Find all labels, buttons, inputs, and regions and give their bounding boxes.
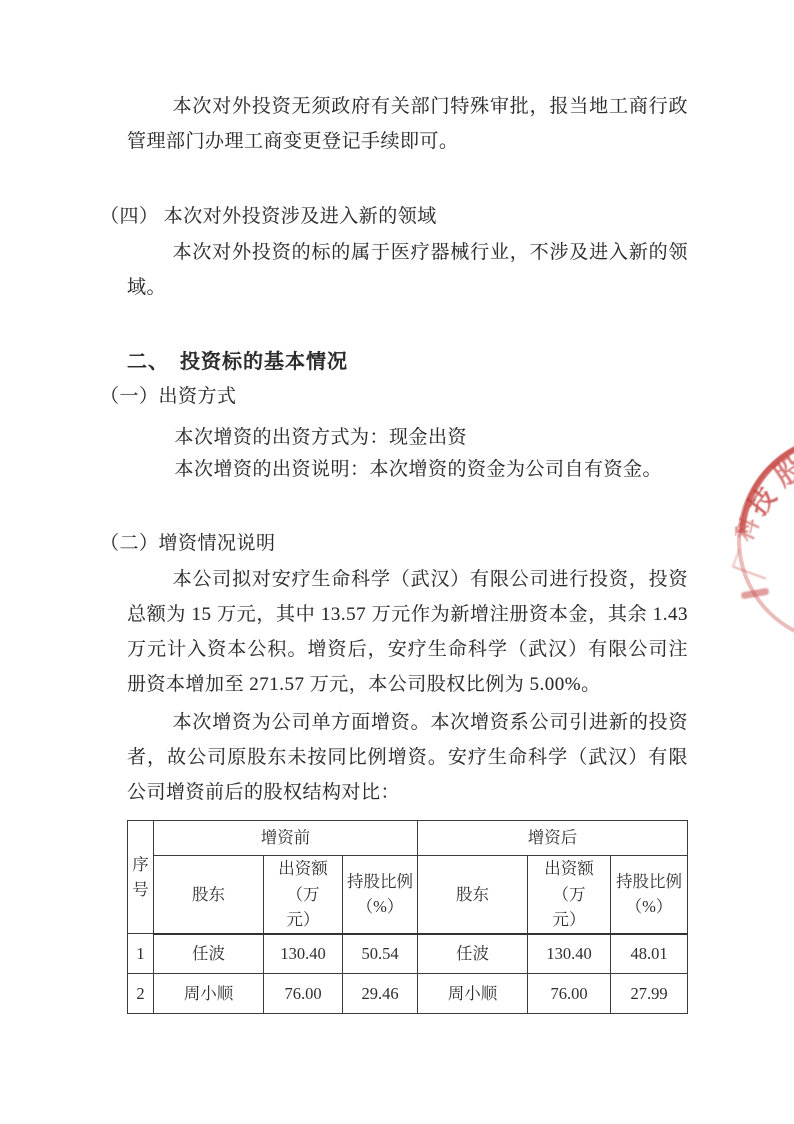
paragraph-section-four: 本次对外投资的标的属于医疗器械行业，不涉及进入新的领域。: [127, 235, 688, 305]
paragraph-approval: 本次对外投资无须政府有关部门特殊审批，报当地工商行政管理部门办理工商变更登记手续…: [127, 89, 688, 159]
table-cell-amount: 76.00: [528, 974, 611, 1014]
table-cell-ratio: 50.54: [343, 934, 418, 974]
table-header-ratio-before: 持股比例 （%）: [343, 856, 418, 934]
paragraph-comparison: 本次增资为公司单方面增资。本次增资系公司引进新的投资者，故公司原股东未按同比例增…: [127, 705, 688, 810]
seal-ring-arc-icon: [696, 391, 794, 685]
document-page: 本次对外投资无须政府有关部门特殊审批，报当地工商行政管理部门办理工商变更登记手续…: [0, 0, 794, 1124]
table-cell-ratio: 27.99: [611, 974, 688, 1014]
heading-sub-one: （一）出资方式: [100, 379, 688, 414]
table-header-serial: 序 号: [128, 821, 154, 934]
table-cell-shareholder: 任波: [154, 934, 264, 974]
table-cell-shareholder: 周小顺: [418, 974, 528, 1014]
table-cell-shareholder: 任波: [418, 934, 528, 974]
table-cell-amount: 76.00: [264, 974, 343, 1014]
table-column-header-row: 股东 出资额（万 元） 持股比例 （%） 股东 出资额（万 元） 持股比例 （%…: [128, 856, 688, 934]
table-cell-shareholder: 周小顺: [154, 974, 264, 1014]
paragraph-investment: 本公司拟对安疗生命科学（武汉）有限公司进行投资，投资总额为 15 万元，其中 1…: [127, 562, 688, 702]
seal-char: 技: [738, 479, 783, 522]
heading-sub-two: （二）增资情况说明: [100, 526, 688, 561]
table-cell-serial: 2: [128, 974, 154, 1014]
table-header-before-increase: 增资前: [154, 821, 418, 856]
equity-structure-table: 序 号 增资前 增资后 股东 出资额（万 元） 持股比例 （%） 股东 出资额（…: [127, 820, 688, 1014]
seal-serial-mark: [741, 588, 770, 600]
seal-fragment-icon: [732, 548, 773, 579]
heading-section-two: 二、 投资标的基本情况: [127, 345, 688, 380]
table-header-ratio-after: 持股比例 （%）: [611, 856, 688, 934]
seal-char: 科: [726, 511, 766, 545]
table-cell-serial: 1: [128, 934, 154, 974]
table-cell-ratio: 29.46: [343, 974, 418, 1014]
table-header-amount-after: 出资额（万 元）: [528, 856, 611, 934]
company-seal-stamp: 股 技 科: [732, 428, 794, 623]
table-cell-amount: 130.40: [528, 934, 611, 974]
table-header-amount-before: 出资额（万 元）: [264, 856, 343, 934]
table-cell-amount: 130.40: [264, 934, 343, 974]
table-row: 2 周小顺 76.00 29.46 周小顺 76.00 27.99: [128, 974, 688, 1014]
table-header-shareholder-after: 股东: [418, 856, 528, 934]
table-header-after-increase: 增资后: [418, 821, 688, 856]
line-capital-method: 本次增资的出资方式为：现金出资: [127, 420, 688, 455]
line-capital-description: 本次增资的出资说明：本次增资的资金为公司自有资金。: [127, 452, 688, 487]
table-row: 1 任波 130.40 50.54 任波 130.40 48.01: [128, 934, 688, 974]
table-group-header-row: 序 号 增资前 增资后: [128, 821, 688, 856]
heading-section-four: （四） 本次对外投资涉及进入新的领域: [100, 199, 688, 234]
seal-ring-icon: [737, 436, 794, 644]
table-cell-ratio: 48.01: [611, 934, 688, 974]
table-header-shareholder-before: 股东: [154, 856, 264, 934]
seal-char: 股: [765, 446, 794, 495]
